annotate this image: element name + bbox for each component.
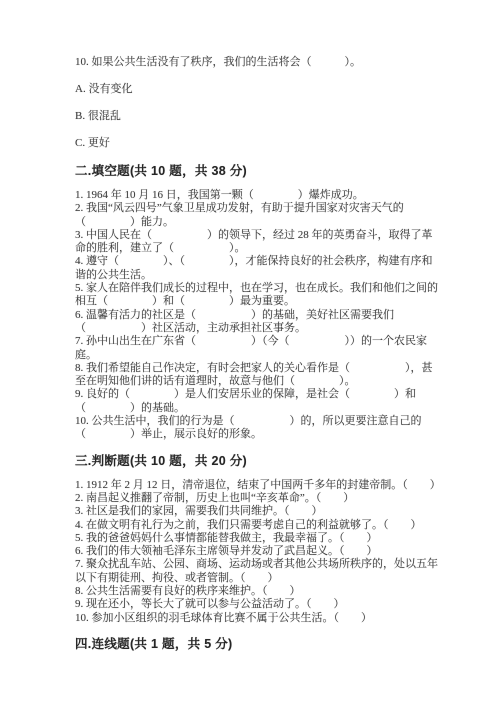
fill-question-8: 8. 我们希望能自己作决定，有时会把家人的关心看作是（ ），甚至在明知他们讲的话…	[75, 362, 440, 389]
judge-question-7: 7. 聚众扰乱车站、公园、商场、运动场或者其他公共场所秩序的，处以五年以下有期徒…	[75, 558, 440, 585]
choice-question-block: 10. 如果公共生活没有了秩序，我们的生活将会（ ）。 A. 没有变化 B. 很…	[75, 56, 440, 150]
fill-question-10: 10. 公共生活中，我们的行为是（ ）的，所以更要注意自己的（ ）举止，展示良好…	[75, 415, 440, 442]
fill-question-9: 9. 良好的（ ）是人们安居乐业的保障，是社会（ ）和（ ）的基础。	[75, 388, 440, 415]
choice-option-b: B. 很混乱	[75, 110, 440, 123]
exam-paper-page: 10. 如果公共生活没有了秩序，我们的生活将会（ ）。 A. 没有变化 B. 很…	[0, 0, 500, 707]
judge-question-1: 1. 1912 年 2 月 12 日，清帝退位，结束了中国两千多年的封建帝制。（…	[75, 479, 440, 492]
fill-question-6: 6. 温馨有活力的社区是（ ）的基础，美好社区需要我们（ ）社区活动，主动承担社…	[75, 309, 440, 336]
judge-question-10: 10. 参加小区组织的羽毛球体育比赛不属于公共生活。（ ）	[75, 612, 440, 625]
judge-question-9: 9. 现在还小，等长大了就可以参与公益活动了。（ ）	[75, 598, 440, 611]
choice-option-c: C. 更好	[75, 137, 440, 150]
judge-question-3: 3. 社区是我们的家园，需要我们共同维护。（ ）	[75, 505, 440, 518]
judge-question-8: 8. 公共生活需要有良好的秩序来维护。（ ）	[75, 585, 440, 598]
fill-question-2: 2. 我国“风云四号”气象卫星成功发射，有助于提升国家对灾害天气的（ ）能力。	[75, 202, 440, 229]
section-title-fill-blank: 二.填空题(共 10 题，共 38 分)	[75, 164, 440, 179]
fill-question-3: 3. 中国人民在（ ）的领导下，经过 28 年的英勇奋斗，取得了革命的胜利，建立…	[75, 229, 440, 256]
fill-question-4: 4. 遵守（ ）、（ ），才能保持良好的社会秩序，构建有序和谐的公共生活。	[75, 255, 440, 282]
fill-blank-question-list: 1. 1964 年 10 月 16 日，我国第一颗（ ）爆炸成功。 2. 我国“…	[75, 189, 440, 442]
judge-question-5: 5. 我的爸爸妈妈什么事情都能替我做主，我最幸福了。（ ）	[75, 532, 440, 545]
section-title-matching: 四.连线题(共 1 题，共 5 分)	[75, 637, 440, 652]
judge-question-4: 4. 在做文明有礼行为之前，我们只需要考虑自己的利益就够了。（ ）	[75, 519, 440, 532]
section-title-judge: 三.判断题(共 10 题，共 20 分)	[75, 454, 440, 469]
choice-option-a: A. 没有变化	[75, 83, 440, 96]
judge-question-2: 2. 南昌起义推翻了帝制，历史上也叫“辛亥革命”。（ ）	[75, 492, 440, 505]
judge-question-6: 6. 我们的伟大领袖毛泽东主席领导并发动了武昌起义。（ ）	[75, 545, 440, 558]
fill-question-7: 7. 孙中山出生在广东省（ ）（今（ ））的一个农民家庭。	[75, 335, 440, 362]
judge-question-list: 1. 1912 年 2 月 12 日，清帝退位，结束了中国两千多年的封建帝制。（…	[75, 479, 440, 625]
fill-question-5: 5. 家人在陪伴我们成长的过程中，也在学习，也在成长。我们和他们之间的相互（ ）…	[75, 282, 440, 309]
choice-question-text: 10. 如果公共生活没有了秩序，我们的生活将会（ ）。	[75, 56, 440, 69]
fill-question-1: 1. 1964 年 10 月 16 日，我国第一颗（ ）爆炸成功。	[75, 189, 440, 202]
